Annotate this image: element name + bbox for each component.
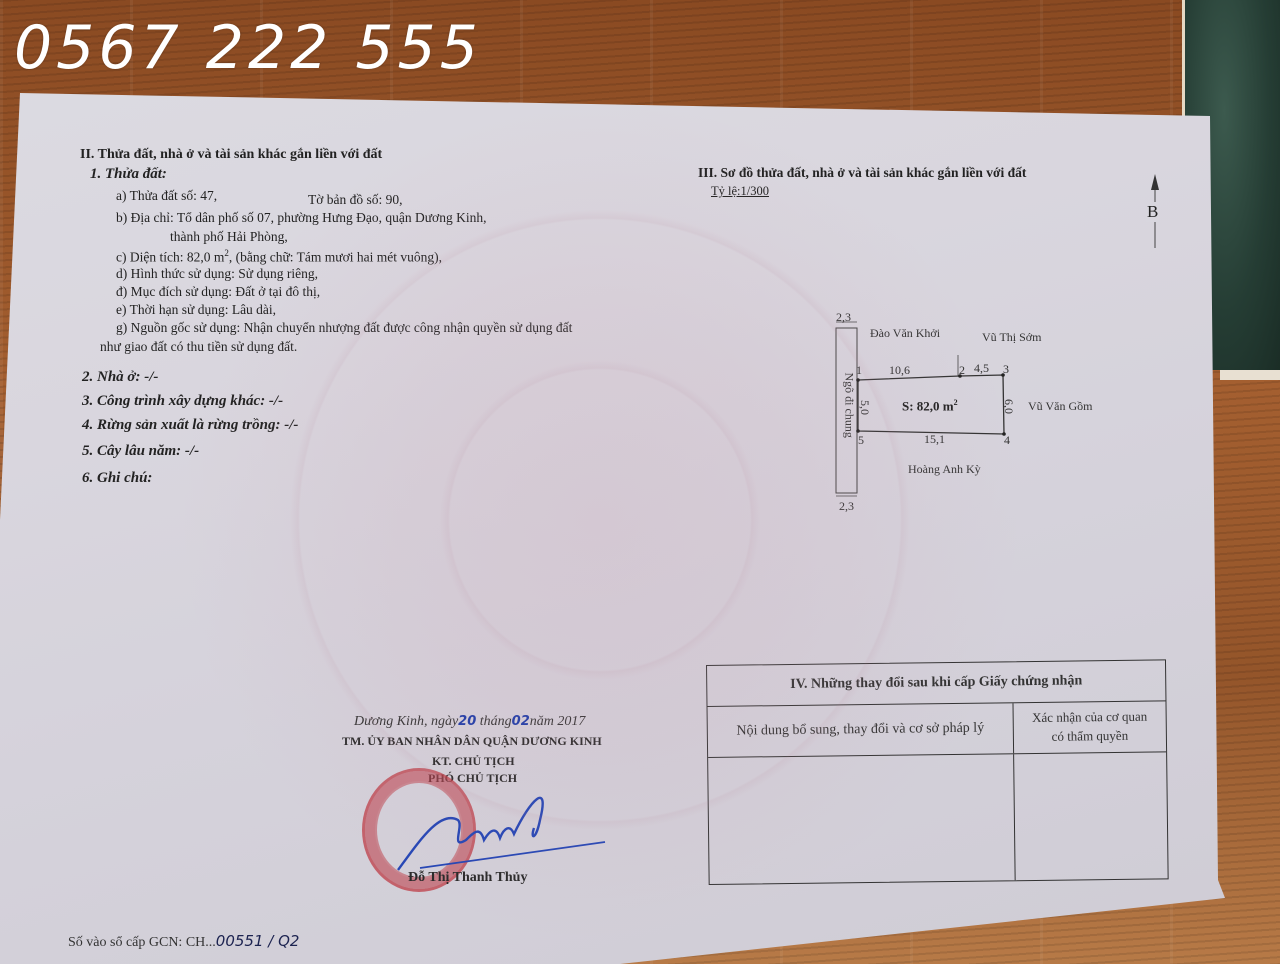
changes-table: IV. Những thay đổi sau khi cấp Giấy chứn…: [706, 659, 1169, 885]
usage-purpose: đ) Mục đích sử dụng: Đất ở tại đô thị,: [116, 284, 320, 300]
registry-number: Số vào sổ cấp GCN: CH...00551 / Q2: [68, 932, 299, 951]
parcel-address: b) Địa chỉ: Tổ dân phố số 07, phường Hưn…: [116, 210, 486, 226]
month-prefix: tháng: [480, 714, 512, 729]
point-4: 4: [1004, 433, 1010, 448]
neighbor-south: Hoàng Anh Kỳ: [908, 462, 981, 477]
column-header-content: Nội dung bổ sung, thay đổi và cơ sở pháp…: [708, 703, 1015, 757]
confirm-header-line-1: Xác nhận của cơ quan: [1032, 708, 1147, 728]
lane-width-bottom: 2,3: [839, 499, 854, 514]
usage-origin-cont: như giao đất có thu tiền sử dụng đất.: [100, 339, 297, 355]
section-4-title: IV. Những thay đổi sau khi cấp Giấy chứn…: [790, 673, 1082, 693]
registry-value: 00551 / Q2: [216, 932, 300, 950]
shared-lane-label: Ngõ đi chung: [842, 373, 857, 443]
signer-role-1: KT. CHỦ TỊCH: [432, 754, 515, 769]
place-and-date: Dương Kinh, ngày20 tháng02năm 2017: [354, 714, 585, 730]
date-year: năm 2017: [530, 714, 586, 729]
plantation-forest-item: 4. Rừng sản xuất là rừng trồng: -/-: [82, 417, 298, 434]
edge-2-3-length: 4,5: [974, 361, 989, 376]
edge-4-5-length: 15,1: [924, 432, 945, 447]
neighbor-east: Vũ Văn Gồm: [1028, 399, 1092, 414]
confirm-header-line-2: có thẩm quyền: [1052, 727, 1129, 747]
certificate-page: II. Thửa đất, nhà ở và tài sản khác gắn …: [0, 0, 1280, 964]
background-cloth-edge: [1220, 370, 1280, 380]
map-scale: Tỷ lệ:1/300: [711, 184, 769, 199]
changes-table-header-row: Nội dung bổ sung, thay đổi và cơ sở pháp…: [708, 701, 1167, 758]
date-day: 20: [458, 714, 476, 729]
section-2-title: II. Thửa đất, nhà ở và tài sản khác gắn …: [80, 147, 382, 163]
signer-name: Đỗ Thị Thanh Thủy: [408, 870, 527, 886]
other-construction-item: 3. Công trình xây dựng khác: -/-: [82, 393, 283, 410]
handwritten-signature: [380, 770, 620, 880]
usage-origin: g) Nguồn gốc sử dụng: Nhận chuyển nhượng…: [116, 320, 572, 336]
point-5: 5: [858, 433, 864, 448]
north-label: B: [1146, 202, 1159, 222]
place-date-prefix: Dương Kinh, ngày: [354, 714, 458, 729]
neighbor-north-left: Đào Văn Khởi: [870, 326, 940, 341]
north-arrow: B: [1140, 170, 1170, 250]
changes-content-cell: [708, 754, 1016, 884]
parcel-area-label: S: 82,0 m2: [902, 398, 958, 414]
parcel-number: a) Thửa đất số: 47,: [116, 188, 217, 204]
changes-confirmation-cell: [1014, 752, 1168, 880]
phone-watermark: 0567 222 555: [14, 18, 482, 78]
column-header-confirmation: Xác nhận của cơ quan có thẩm quyền: [1013, 701, 1166, 753]
point-1: 1: [856, 363, 862, 378]
perennial-trees-item: 5. Cây lâu năm: -/-: [82, 443, 199, 460]
map-sheet-number: Tờ bản đồ số: 90,: [308, 192, 403, 208]
parcel-diagram: 2,3 2,3 Ngõ đi chung Đào Văn Khởi Vũ Thị…: [820, 300, 1150, 530]
point-3: 3: [1003, 362, 1009, 377]
parcel-heading: 1. Thửa đất:: [90, 166, 167, 183]
usage-term: e) Thời hạn sử dụng: Lâu dài,: [116, 302, 276, 318]
registry-label: Số vào sổ cấp GCN: CH...: [68, 935, 216, 950]
changes-table-title-row: IV. Những thay đổi sau khi cấp Giấy chứn…: [707, 660, 1165, 707]
changes-table-body: [708, 752, 1168, 884]
lane-width-top: 2,3: [836, 310, 851, 325]
area-label-sup: 2: [954, 398, 958, 407]
notes-item: 6. Ghi chú:: [82, 470, 152, 487]
parcel-area-value: c) Diện tích: 82,0 m: [116, 250, 224, 265]
section-3-title: III. Sơ đồ thửa đất, nhà ở và tài sản kh…: [698, 165, 1026, 181]
issuing-authority: TM. ỦY BAN NHÂN DÂN QUẬN DƯƠNG KINH: [342, 734, 602, 749]
area-label-text: S: 82,0 m: [902, 398, 954, 413]
edge-5-1-length: 5,0: [857, 400, 872, 415]
date-month: 02: [512, 714, 530, 729]
parcel-address-city: thành phố Hải Phòng,: [170, 229, 288, 245]
edge-1-2-length: 10,6: [889, 363, 910, 378]
neighbor-north-right: Vũ Thị Sớm: [982, 330, 1041, 345]
parcel-area-words: , (bằng chữ: Tám mươi hai mét vuông),: [229, 250, 442, 265]
parcel-area: c) Diện tích: 82,0 m2, (bằng chữ: Tám mư…: [116, 248, 442, 266]
edge-3-4-length: 6,0: [1001, 399, 1016, 414]
usage-form: d) Hình thức sử dụng: Sử dụng riêng,: [116, 266, 318, 282]
signature-block: Dương Kinh, ngày20 tháng02năm 2017 TM. Ủ…: [340, 710, 660, 900]
point-2: 2: [959, 363, 965, 378]
house-item: 2. Nhà ở: -/-: [82, 369, 158, 386]
